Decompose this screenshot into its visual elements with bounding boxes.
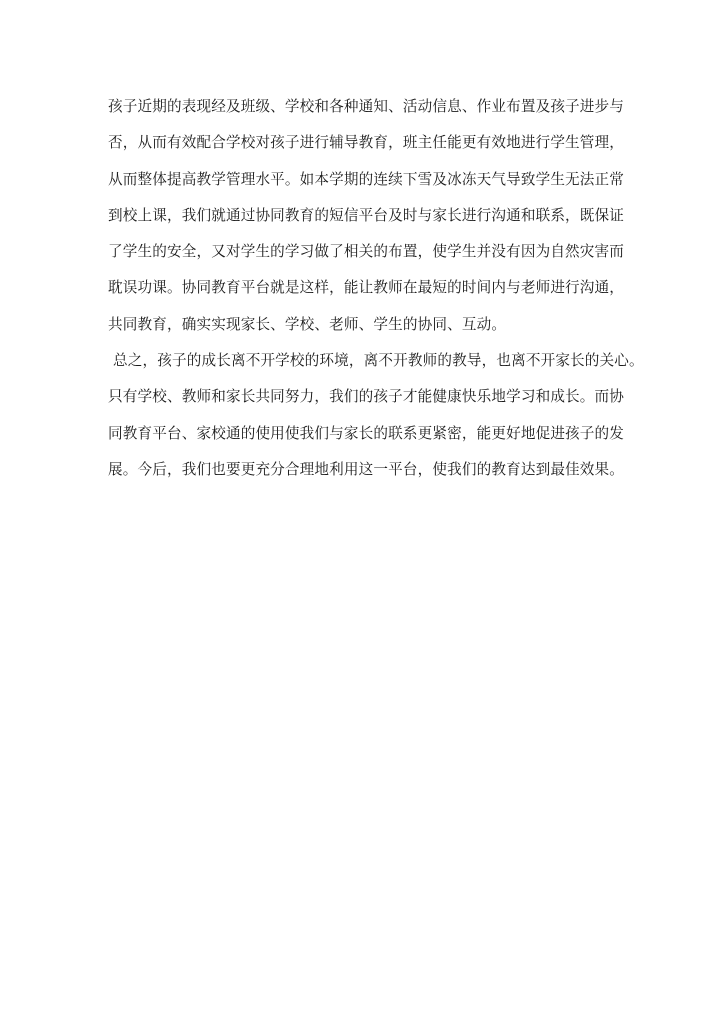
text-line: 共同教育，确实实现家长、学校、老师、学生的协同、互动。: [108, 314, 616, 350]
text-line: 耽误功课。协同教育平台就是这样，能让教师在最短的时间内与老师进行沟通，: [108, 277, 616, 313]
text-line: 了学生的安全，又对学生的学习做了相关的布置，使学生并没有因为自然灾害而: [108, 241, 616, 277]
text-line: 孩子近期的表现经及班级、学校和各种通知、活动信息、作业布置及孩子进步与: [108, 96, 616, 132]
text-line: 从而整体提高教学管理水平。如本学期的连续下雪及冰冻天气导致学生无法正常: [108, 169, 616, 205]
paragraph-2: 总之，孩子的成长离不开学校的环境，离不开教师的教导，也离不开家长的关心。 只有学…: [108, 350, 616, 495]
text-line: 同教育平台、家校通的使用使我们与家长的联系更紧密，能更好地促进孩子的发: [108, 423, 616, 459]
text-line: 展。今后，我们也要更充分合理地利用这一平台，使我们的教育达到最佳效果。: [108, 459, 616, 495]
text-line: 只有学校、教师和家长共同努力，我们的孩子才能健康快乐地学习和成长。而协: [108, 386, 616, 422]
text-line: 总之，孩子的成长离不开学校的环境，离不开教师的教导，也离不开家长的关心。: [108, 350, 616, 386]
document-page: 孩子近期的表现经及班级、学校和各种通知、活动信息、作业布置及孩子进步与 否，从而…: [0, 0, 721, 1020]
paragraph-1: 孩子近期的表现经及班级、学校和各种通知、活动信息、作业布置及孩子进步与 否，从而…: [108, 96, 616, 350]
text-line: 否，从而有效配合学校对孩子进行辅导教育，班主任能更有效地进行学生管理，: [108, 132, 616, 168]
document-body: 孩子近期的表现经及班级、学校和各种通知、活动信息、作业布置及孩子进步与 否，从而…: [108, 96, 616, 495]
text-line: 到校上课，我们就通过协同教育的短信平台及时与家长进行沟通和联系，既保证: [108, 205, 616, 241]
